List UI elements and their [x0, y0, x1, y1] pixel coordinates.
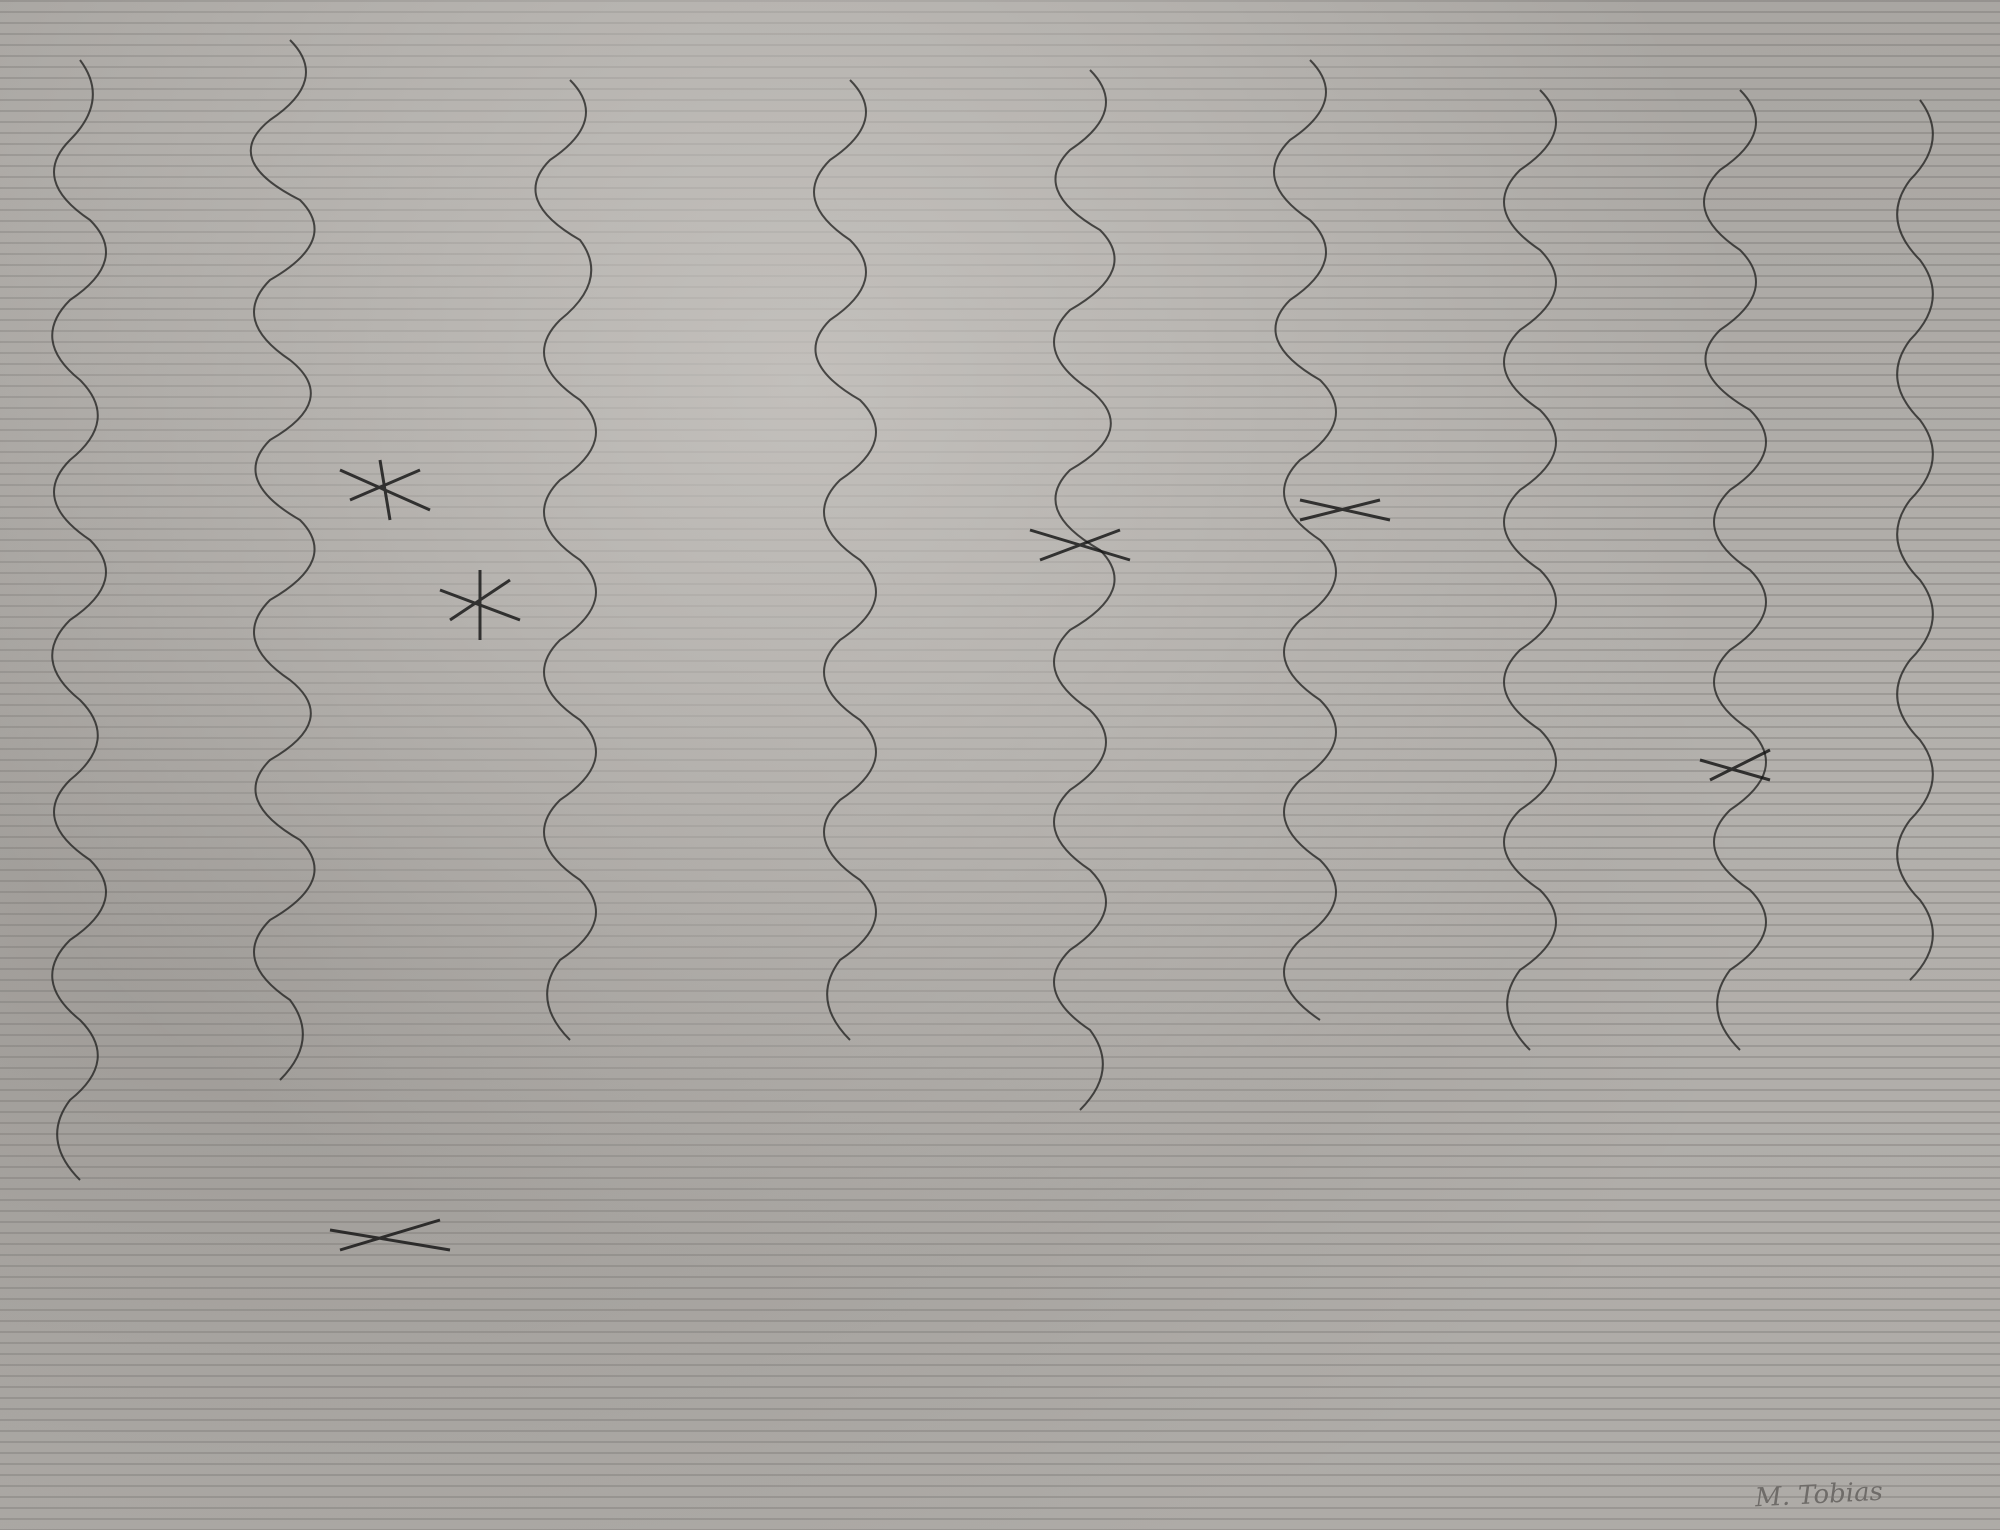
scribble-column-1: [52, 60, 106, 1180]
scribble-column-9: [1897, 100, 1933, 980]
scribble-column-4: [814, 80, 876, 1040]
scribble-column-3: [535, 80, 596, 1040]
ink-bursts: [330, 460, 1770, 1250]
scribble-column-2: [251, 40, 315, 1080]
scribble-columns: [0, 0, 2000, 1530]
scribble-column-5: [1054, 70, 1115, 1110]
scribble-column-8: [1704, 90, 1766, 1050]
scribble-column-6: [1274, 60, 1336, 1020]
abstract-artwork: M. Tobias: [0, 0, 2000, 1530]
scribble-column-7: [1504, 90, 1556, 1050]
